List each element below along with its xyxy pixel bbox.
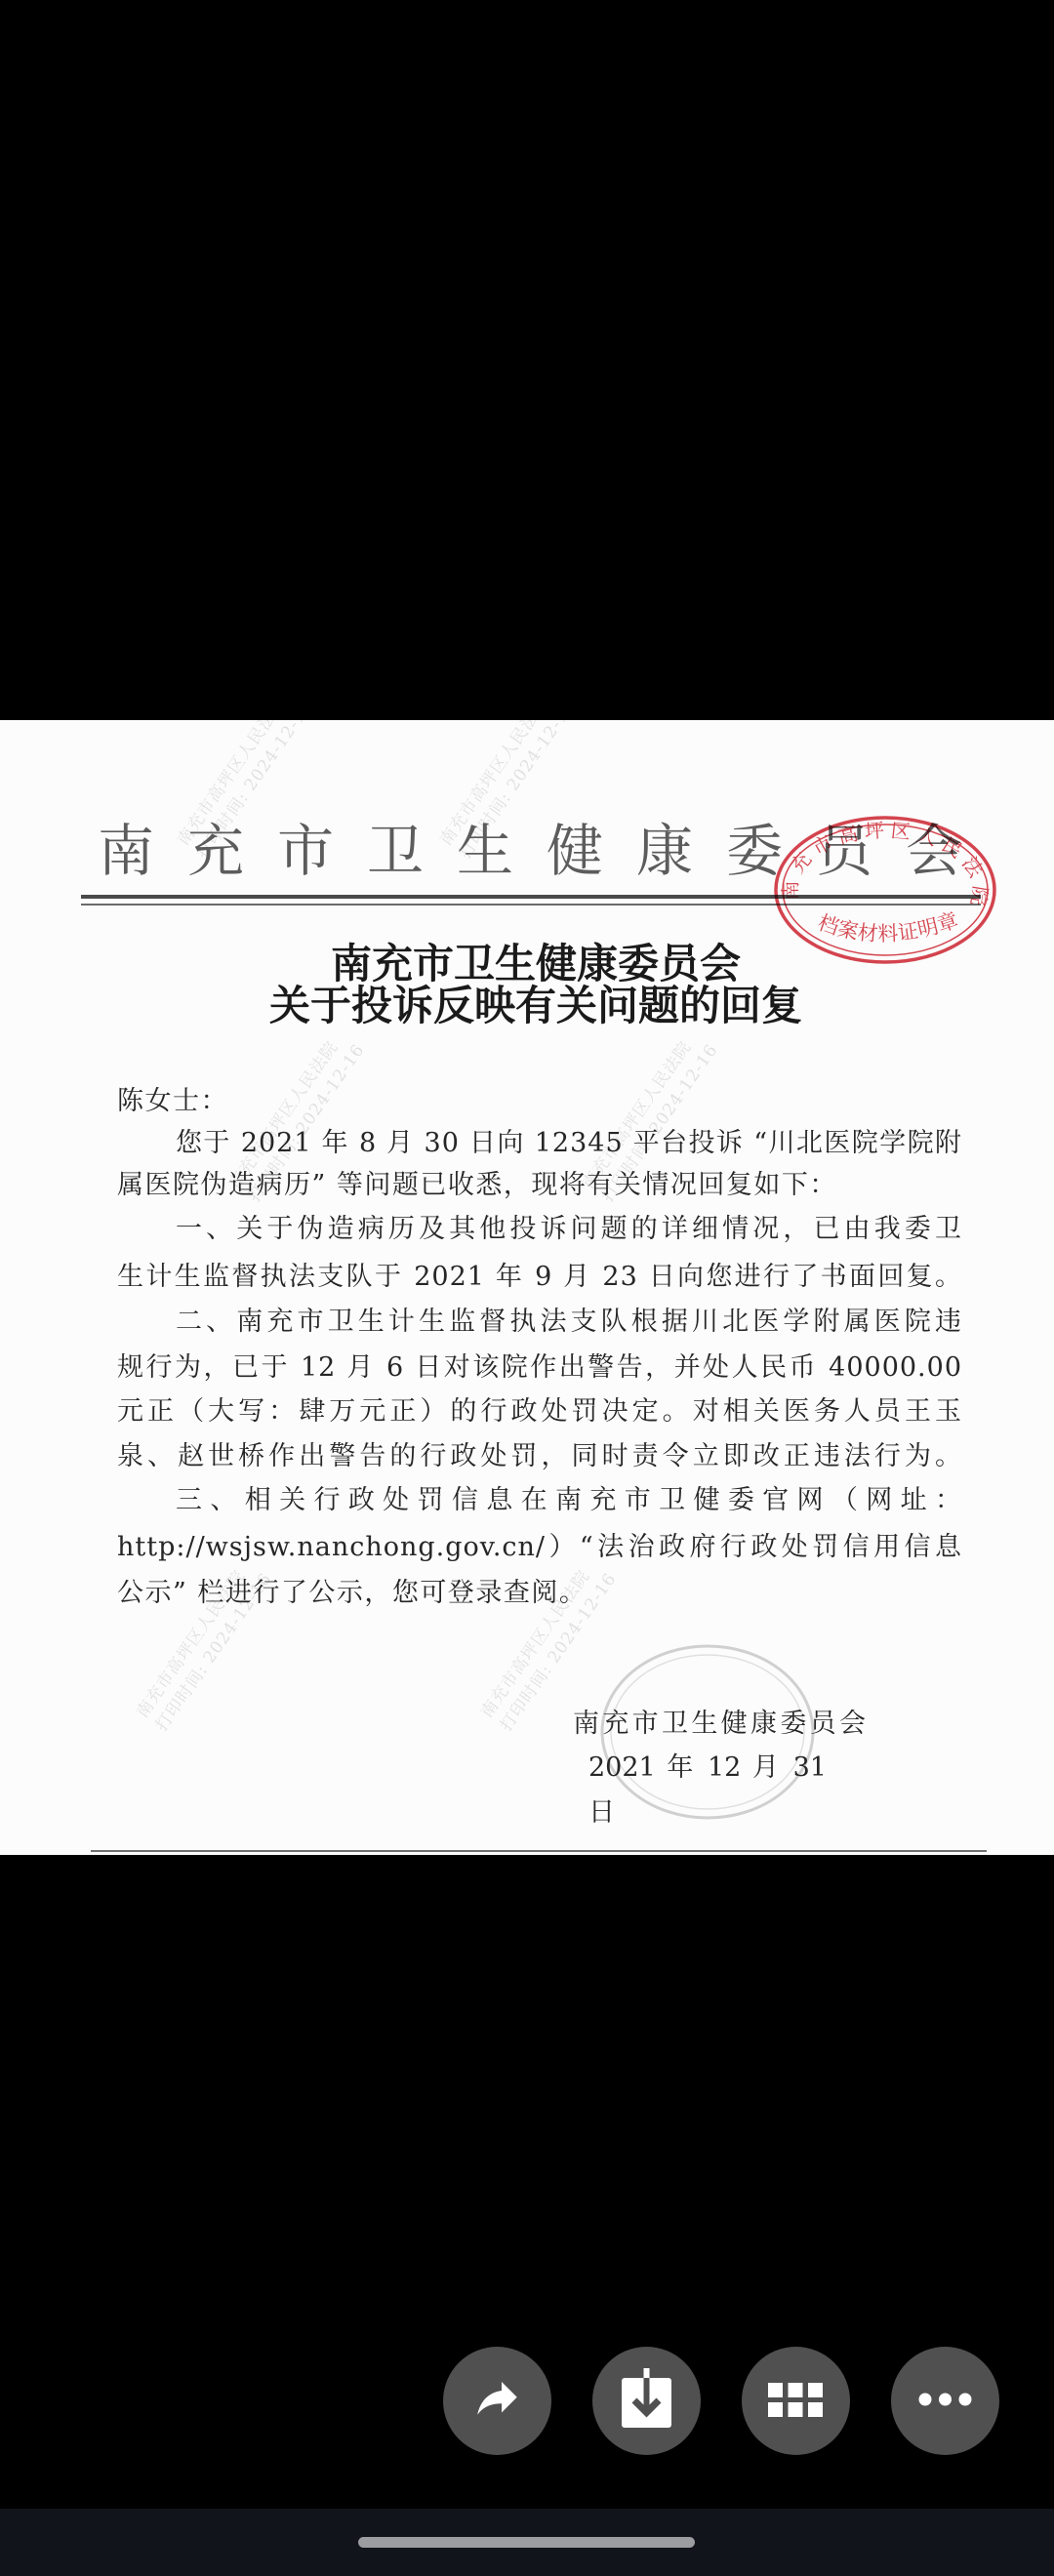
paragraph-line: 您于 2021 年 8 月 30 日向 12345 平台投诉 “川北医院学院附 bbox=[117, 1121, 962, 1166]
paragraph-line: 二、南充市卫生计生监督执法支队根据川北医学附属医院违 bbox=[117, 1300, 962, 1345]
stamp-bottom-text: 档案材料证明章 bbox=[815, 908, 961, 946]
paragraph-line: 一、关于伪造病历及其他投诉问题的详细情况，已由我委卫 bbox=[117, 1207, 962, 1252]
system-navigation-bar bbox=[0, 2509, 1054, 2576]
document-heading-line-1: 南充市卫生健康委员会 bbox=[0, 943, 1054, 986]
more-icon bbox=[891, 2347, 999, 2455]
more-options-button[interactable] bbox=[891, 2347, 999, 2455]
signature-date: 2021 年 12 月 31 日 bbox=[588, 1746, 827, 1791]
paragraph-line: 属医院伪造病历” 等问题已收悉，现将有关情况回复如下： bbox=[117, 1163, 962, 1208]
share-button[interactable] bbox=[443, 2347, 551, 2455]
paragraph-line: 三、相关行政处罚信息在南充市卫健委官网（网址： bbox=[117, 1478, 962, 1523]
download-button[interactable] bbox=[592, 2347, 701, 2455]
paragraph-line: 规行为，已于 12 月 6 日对该院作出警告，并处人民币 40000.00 bbox=[117, 1346, 962, 1390]
svg-text:南充市高坪区人民法院: 南充市高坪区人民法院 bbox=[779, 819, 993, 907]
paragraph-line: 公示” 栏进行了公示，您可登录查阅。 bbox=[117, 1571, 962, 1616]
paragraph-line: 泉、赵世桥作出警告的行政处罚，同时责令立即改正违法行为。 bbox=[117, 1434, 962, 1479]
footer-rule bbox=[91, 1850, 987, 1852]
paragraph-line: 生计生监督执法支队于 2021 年 9 月 23 日向您进行了书面回复。 bbox=[117, 1255, 962, 1300]
paragraph-line: 元正（大写：肆万元正）的行政处罚决定。对相关医务人员王玉 bbox=[117, 1389, 962, 1434]
home-indicator[interactable] bbox=[358, 2537, 695, 2548]
document-heading-line-2: 关于投诉反映有关问题的回复 bbox=[0, 985, 1054, 1027]
svg-text:档案材料证明章: 档案材料证明章 bbox=[815, 908, 961, 946]
salutation: 陈女士： bbox=[117, 1079, 962, 1124]
stamp-top-text: 南充市高坪区人民法院 bbox=[779, 819, 993, 907]
download-icon bbox=[592, 2347, 701, 2455]
document-image[interactable]: 南充市高坪区人民法院 打印时间: 2024-12-16 南充市高坪区人民法院 打… bbox=[0, 720, 1054, 1855]
share-icon bbox=[443, 2347, 551, 2455]
paragraph-line: http://wsjsw.nanchong.gov.cn/）“法治政府行政处罚信… bbox=[117, 1525, 962, 1570]
grid-icon bbox=[742, 2347, 850, 2455]
apps-grid-button[interactable] bbox=[742, 2347, 850, 2455]
signature-org: 南充市卫生健康委员会 bbox=[573, 1702, 866, 1747]
